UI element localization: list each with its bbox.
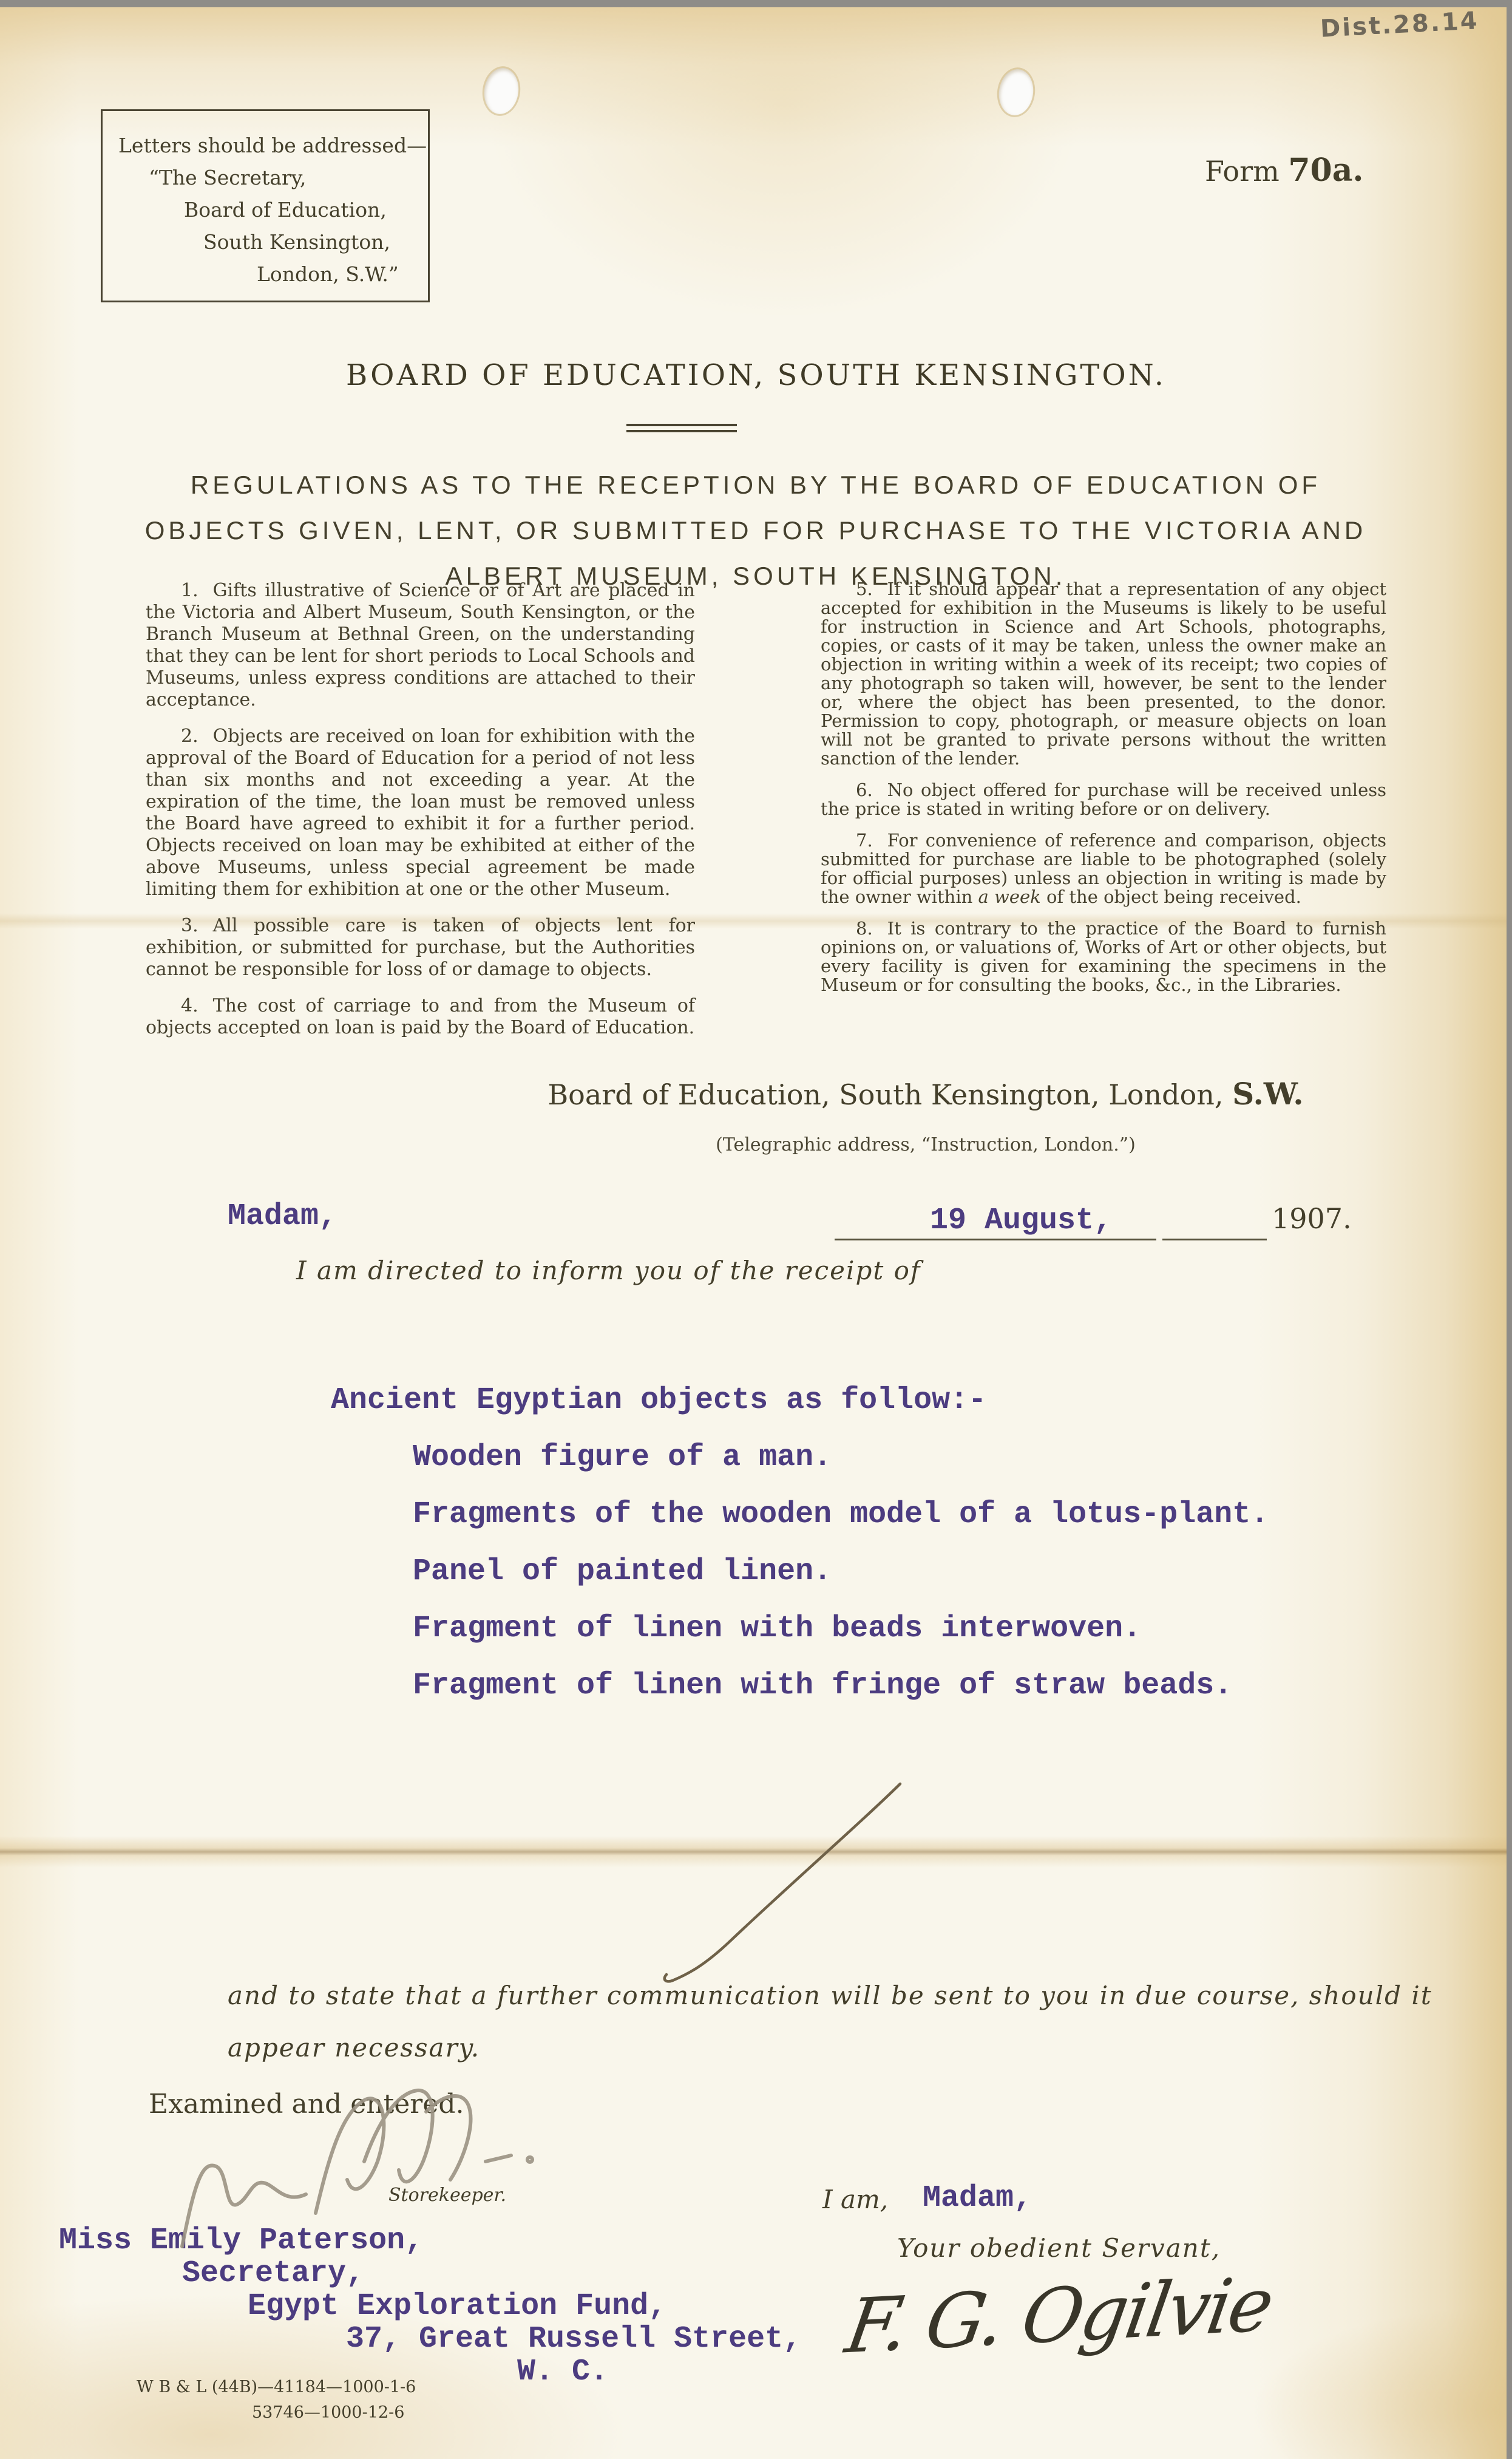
form-number: Form 70a. bbox=[1205, 152, 1364, 189]
regulations-heading-line2: OBJECTS GIVEN, LENT, OR SUBMITTED FOR PU… bbox=[140, 516, 1372, 545]
form-number-value: 70a. bbox=[1288, 152, 1363, 189]
storekeeper-label: Storekeeper. bbox=[388, 2185, 506, 2206]
regulations-column-right: 5.If it should appear that a representat… bbox=[821, 580, 1386, 1007]
telegraphic-address: (Telegraphic address, “Instruction, Lond… bbox=[546, 1134, 1305, 1155]
form-number-label: Form bbox=[1205, 155, 1280, 188]
sender-address-line: Board of Education, South Kensington, Lo… bbox=[546, 1076, 1305, 1112]
paragraph-text: of the object being received. bbox=[1041, 886, 1301, 907]
paragraph-number: 7. bbox=[856, 830, 873, 851]
examined-and-entered: Examined and entered. bbox=[149, 2089, 464, 2120]
paragraph-number: 2. bbox=[181, 726, 198, 747]
recipient-street: 37, Great Russell Street, bbox=[346, 2322, 801, 2356]
paragraph-text: If it should appear that a representatio… bbox=[821, 579, 1386, 769]
address-box-line: Letters should be addressed— bbox=[103, 129, 428, 162]
punch-hole-right bbox=[996, 67, 1036, 117]
regulations-heading-line1: REGULATIONS AS TO THE RECEPTION BY THE B… bbox=[140, 471, 1372, 500]
regulation-paragraph-5: 5.If it should appear that a representat… bbox=[821, 580, 1386, 768]
typed-date: 19 August, bbox=[930, 1203, 1112, 1238]
object-list-item: Panel of painted linen. bbox=[413, 1554, 832, 1589]
paragraph-text: No object offered for purchase will be r… bbox=[821, 780, 1386, 819]
regulation-paragraph-8: 8.It is contrary to the practice of the … bbox=[821, 919, 1386, 995]
paragraph-text-italic: a week bbox=[978, 886, 1041, 907]
paragraph-number: 3. bbox=[181, 915, 198, 936]
object-list-item: Wooden figure of a man. bbox=[413, 1440, 832, 1475]
closing-line-1: and to state that a further communicatio… bbox=[228, 1981, 1432, 2010]
printer-imprint-line2: 53746—1000-12-6 bbox=[252, 2403, 404, 2422]
printer-imprint-line1: W B & L (44B)—41184—1000-1-6 bbox=[137, 2378, 416, 2396]
address-box-line: London, S.W.” bbox=[103, 258, 428, 290]
paragraph-text: It is contrary to the practice of the Bo… bbox=[821, 918, 1386, 995]
paragraph-number: 5. bbox=[856, 579, 873, 599]
title-divider bbox=[626, 424, 737, 436]
address-box-line: South Kensington, bbox=[103, 226, 428, 258]
regulation-paragraph-2: 2.Objects are received on loan for exhib… bbox=[146, 726, 695, 900]
salutation: Madam, bbox=[228, 1199, 337, 1234]
recipient-postal: W. C. bbox=[517, 2355, 608, 2389]
regulation-paragraph-3: 3.All possible care is taken of objects … bbox=[146, 915, 695, 981]
objects-list-heading: Ancient Egyptian objects as follow:- bbox=[331, 1383, 986, 1418]
sender-address-main: Board of Education, South Kensington, Lo… bbox=[548, 1078, 1232, 1111]
regulation-paragraph-4: 4.The cost of carriage to and from the M… bbox=[146, 995, 695, 1039]
regulation-paragraph-6: 6.No object offered for purchase will be… bbox=[821, 781, 1386, 818]
object-list-item: Fragments of the wooden model of a lotus… bbox=[413, 1497, 1269, 1532]
paragraph-text: Objects are received on loan for exhibit… bbox=[146, 726, 695, 900]
document-title: BOARD OF EDUCATION, SOUTH KENSINGTON. bbox=[0, 358, 1512, 392]
valediction-servant: Your obedient Servant, bbox=[897, 2233, 1221, 2263]
paragraph-number: 8. bbox=[856, 918, 873, 939]
closing-line-2: appear necessary. bbox=[228, 2033, 480, 2063]
printed-year: 1907. bbox=[1272, 1202, 1352, 1235]
punch-hole-left bbox=[481, 66, 521, 116]
object-list-item: Fragment of linen with beads interwoven. bbox=[413, 1611, 1141, 1646]
date-underline-long bbox=[835, 1239, 1156, 1240]
valediction-madam: Madam, bbox=[923, 2181, 1032, 2216]
paragraph-number: 1. bbox=[181, 580, 198, 601]
letters-address-box: Letters should be addressed— “The Secret… bbox=[101, 109, 430, 302]
recipient-name: Miss Emily Paterson, bbox=[59, 2223, 423, 2258]
paragraph-number: 6. bbox=[856, 780, 873, 800]
valediction-i-am: I am, bbox=[822, 2185, 888, 2214]
intro-line: I am directed to inform you of the recei… bbox=[296, 1256, 921, 1285]
address-box-line: Board of Education, bbox=[103, 194, 428, 226]
regulation-paragraph-7: 7.For convenience of reference and compa… bbox=[821, 831, 1386, 906]
regulations-column-left: 1.Gifts illustrative of Science or of Ar… bbox=[146, 580, 695, 1053]
recipient-title: Secretary, bbox=[182, 2256, 364, 2291]
paragraph-text: Gifts illustrative of Science or of Art … bbox=[146, 580, 695, 710]
paragraph-number: 4. bbox=[181, 995, 198, 1016]
date-underline-short bbox=[1162, 1239, 1267, 1240]
paragraph-text: The cost of carriage to and from the Mus… bbox=[146, 995, 695, 1038]
regulation-paragraph-1: 1.Gifts illustrative of Science or of Ar… bbox=[146, 580, 695, 711]
sender-address-district: S.W. bbox=[1232, 1076, 1304, 1112]
object-list-item: Fragment of linen with fringe of straw b… bbox=[413, 1668, 1232, 1703]
recipient-org: Egypt Exploration Fund, bbox=[248, 2289, 666, 2324]
fold-crease-lower bbox=[0, 1836, 1507, 1868]
address-box-line: “The Secretary, bbox=[103, 162, 428, 194]
paragraph-text: All possible care is taken of objects le… bbox=[146, 915, 695, 980]
